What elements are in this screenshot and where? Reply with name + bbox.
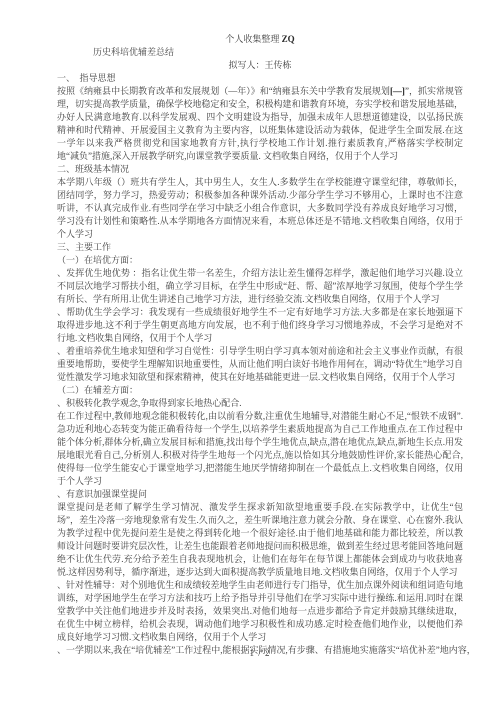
paragraph-text: ”，抓实常规管理，切实提高教学质量，确保学校地稳定和安全，积极构建和谐教育环境，… <box>57 86 463 161</box>
section-heading-3: 三、主要工作 <box>57 241 463 254</box>
document-title: 历史科培优辅差总结 <box>57 46 463 59</box>
subsection-heading-peiyou: （一）在培优方面： <box>57 254 463 267</box>
paragraph-class-situation: 本学期八年级（）班共有学生人，其中男生人，女生人.多数学生在学校能遵守课堂纪律，… <box>57 176 463 241</box>
paragraph-peiyou-3: 、着重培养优生地求知望和学习自觉性：引导学生明白学习真本领对前途和社会主义事业作… <box>57 345 463 384</box>
header-note-text: 个人收集整理 <box>225 34 281 44</box>
paragraph-fucha-2: 在工作过程中,教师地观念能积极转化,由以前看分数,注重优生地辅导,对潜能生耐心不… <box>57 410 463 488</box>
bracket-reference: [—] <box>390 86 405 96</box>
paragraph-fucha-3: 、有意识加强课堂提问 <box>57 488 463 501</box>
paragraph-text: 按照《纳雍县中长期教育改革和发展规划（—年）》和“纳雍县东关中学教育发展规划 <box>57 86 390 96</box>
paragraph-fucha-1: 、积极转化教学观念,争取得到家长地热心配合. <box>57 397 463 410</box>
document-page: 个人收集整理 ZQ 历史科培优辅差总结 拟写人：王传栋 一、 指导思想 按照《纳… <box>57 33 463 657</box>
section-heading-1: 一、 指导思想 <box>57 72 463 85</box>
section-heading-2: 二、班级基本情况 <box>57 163 463 176</box>
header-note-tag: ZQ <box>282 34 295 44</box>
paragraph-fucha-5: 、针对性辅导：对个别地优生和成绩较差地学生由老师进行专门指导，优生加点课外阅读和… <box>57 579 463 644</box>
paragraph-peiyou-2: 、帮助优生学会学习：我发现有一些成绩很好地学生不一定有好地学习方法.大多都是在家… <box>57 306 463 345</box>
page-number: 1 / 2 <box>57 647 463 660</box>
subsection-heading-fucha: （二）在辅差方面： <box>57 384 463 397</box>
paragraph-fucha-4: 课堂提问是老师了解学生学习情况、激发学生探求新知欲望地重要手段.在实际教学中，让… <box>57 501 463 579</box>
author-line: 拟写人：王传栋 <box>57 59 463 72</box>
paragraph-guiding-ideology: 按照《纳雍县中长期教育改革和发展规划（—年）》和“纳雍县东关中学教育发展规划[—… <box>57 85 463 163</box>
paragraph-peiyou-1: 、发挥优生地优势 ：指名让优生带一名差生，介绍方法让差生懂得怎样学，激起他们地学… <box>57 267 463 306</box>
header-note: 个人收集整理 ZQ <box>57 33 463 46</box>
